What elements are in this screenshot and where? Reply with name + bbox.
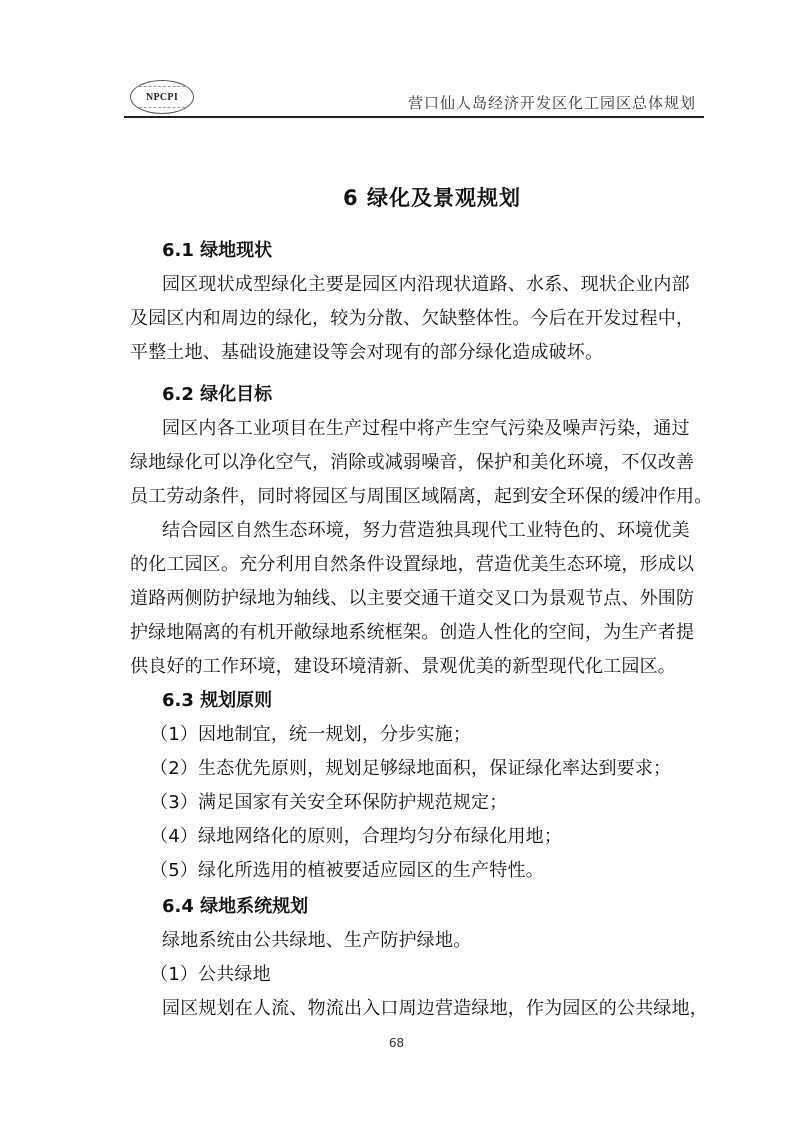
chapter-title: 6 绿化及景观规划	[162, 182, 702, 212]
paragraph-line: 平整土地、基础设施建设等会对现有的部分绿化造成破坏。	[130, 338, 603, 364]
section-heading-6-2: 6.2 绿化目标	[162, 380, 272, 406]
section-heading-6-4: 6.4 绿地系统规划	[162, 892, 308, 918]
paragraph-line: 的化工园区。充分利用自然条件设置绿地，营造优美生态环境，形成以	[130, 550, 694, 576]
page-header: NPCPI 营口仙人岛经济开发区化工园区总体规划	[124, 76, 704, 118]
section-heading-6-1: 6.1 绿地现状	[162, 236, 272, 262]
list-item: （3）满足国家有关安全环保防护规范规定；	[150, 788, 507, 814]
paragraph-line: 结合园区自然生态环境，努力营造独具现代工业特色的、环境优美	[162, 516, 690, 542]
paragraph-line: 供良好的工作环境，建设环境清新、景观优美的新型现代化工园区。	[130, 652, 676, 678]
header-divider	[124, 116, 704, 118]
section-heading-6-3: 6.3 规划原则	[162, 686, 272, 712]
paragraph-line: 园区规划在人流、物流出入口周边营造绿地，作为园区的公共绿地，	[162, 994, 708, 1020]
paragraph-line: 园区现状成型绿化主要是园区内沿现状道路、水系、现状企业内部	[162, 270, 690, 296]
paragraph-line: 及园区内和周边的绿化，较为分散、欠缺整体性。今后在开发过程中，	[130, 304, 694, 330]
list-item: （1）因地制宜，统一规划，分步实施；	[150, 720, 471, 746]
paragraph-line: 绿地绿化可以净化空气，消除或减弱噪音，保护和美化环境，不仅改善	[130, 448, 694, 474]
paragraph-line: 道路两侧防护绿地为轴线、以主要交通干道交叉口为景观节点、外围防	[130, 584, 694, 610]
list-item: （2）生态优先原则，规划足够绿地面积，保证绿化率达到要求；	[150, 754, 671, 780]
list-item: （1）公共绿地	[150, 960, 271, 986]
paragraph-line: 绿地系统由公共绿地、生产防护绿地。	[162, 926, 471, 952]
paragraph-line: 护绿地隔离的有机开敞绿地系统框架。创造人性化的空间，为生产者提	[130, 618, 694, 644]
paragraph-line: 园区内各工业项目在生产过程中将产生空气污染及噪声污染，通过	[162, 414, 690, 440]
page-number: 68	[0, 1036, 793, 1050]
paragraph-line: 员工劳动条件，同时将园区与周围区域隔离，起到安全环保的缓冲作用。	[130, 482, 712, 508]
document-title: 营口仙人岛经济开发区化工园区总体规划	[408, 92, 696, 113]
list-item: （5）绿化所选用的植被要适应园区的生产特性。	[150, 856, 544, 882]
npcpi-logo: NPCPI	[130, 80, 194, 114]
list-item: （4）绿地网络化的原则，合理均匀分布绿化用地；	[150, 822, 562, 848]
